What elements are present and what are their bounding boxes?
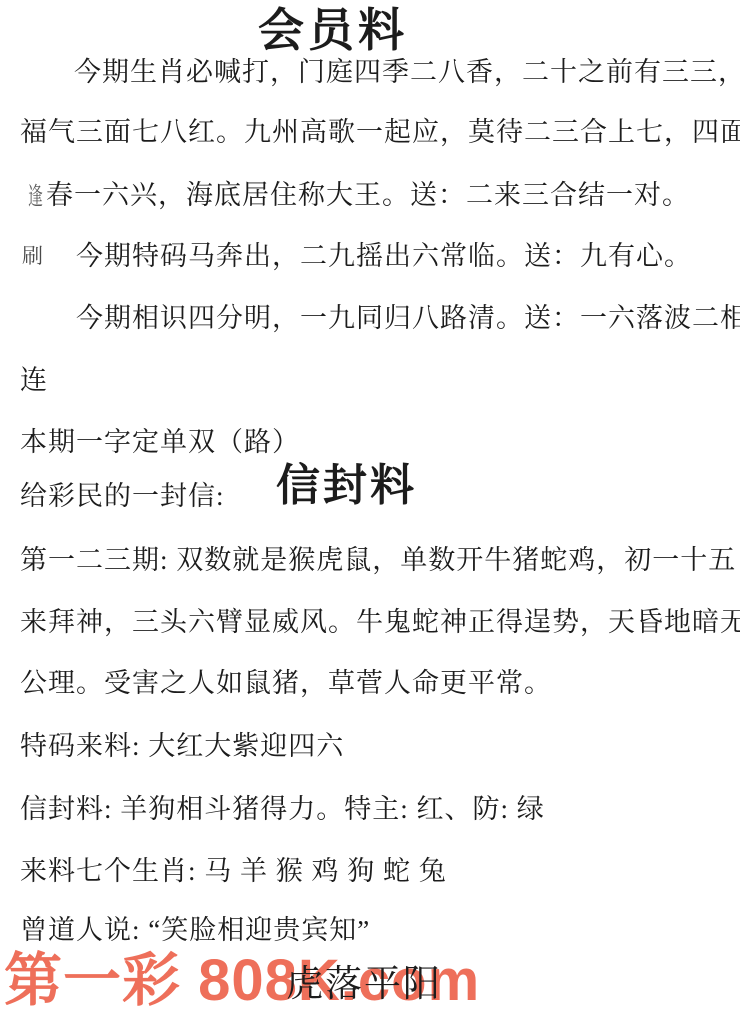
stray-ink-mark: 刷 bbox=[22, 244, 43, 268]
handwritten-note: 虎落平阳 bbox=[286, 964, 442, 1007]
body-line-11: 公理。受害之人如鼠猪，草菅人命更平常。 bbox=[20, 668, 552, 699]
body-line-9: 第一二三期: 双数就是猴虎鼠，单数开牛猪蛇鸡，初一十五 bbox=[20, 545, 736, 576]
body-line-14: 来料七个生肖: 马 羊 猴 鸡 狗 蛇 兔 bbox=[20, 856, 447, 887]
body-line-2: 福气三面七八红。九州高歌一起应，莫待二三合上七，四面 bbox=[20, 117, 740, 148]
body-line-1: 今期生肖必喊打，门庭四季二八香，二十之前有三三， bbox=[74, 57, 740, 88]
body-line-3-text: 春一六兴，海底居住称大王。送：二来三合结一对。 bbox=[46, 180, 690, 210]
section-title: 信封料 bbox=[276, 461, 417, 512]
body-line-12: 特码来料: 大红大紫迎四六 bbox=[20, 731, 344, 762]
damaged-character: 逢 bbox=[28, 183, 43, 211]
body-line-3: 逢春一六兴，海底居住称大王。送：二来三合结一对。 bbox=[28, 180, 690, 211]
document-page: 会员料 今期生肖必喊打，门庭四季二八香，二十之前有三三， 福气三面七八红。九州高… bbox=[0, 0, 740, 1024]
page-title: 会员料 bbox=[0, 5, 666, 58]
body-line-10: 来拜神，三头六臂显威风。牛鬼蛇神正得逞势，天昏地暗无 bbox=[20, 607, 740, 638]
body-line-5: 今期相识四分明，一九同归八路清。送：一六落波二相 bbox=[76, 303, 740, 334]
body-line-15: 曾道人说: “笑脸相迎贵宾知” bbox=[20, 915, 370, 946]
body-line-6: 连 bbox=[20, 365, 48, 396]
body-line-13: 信封料: 羊狗相斗猪得力。特主: 红、防: 绿 bbox=[20, 794, 545, 825]
body-line-4: 今期特码马奔出，二九摇出六常临。送：九有心。 bbox=[76, 241, 692, 272]
body-line-8: 给彩民的一封信: bbox=[20, 481, 225, 512]
body-line-7: 本期一字定单双（路） bbox=[20, 427, 300, 458]
